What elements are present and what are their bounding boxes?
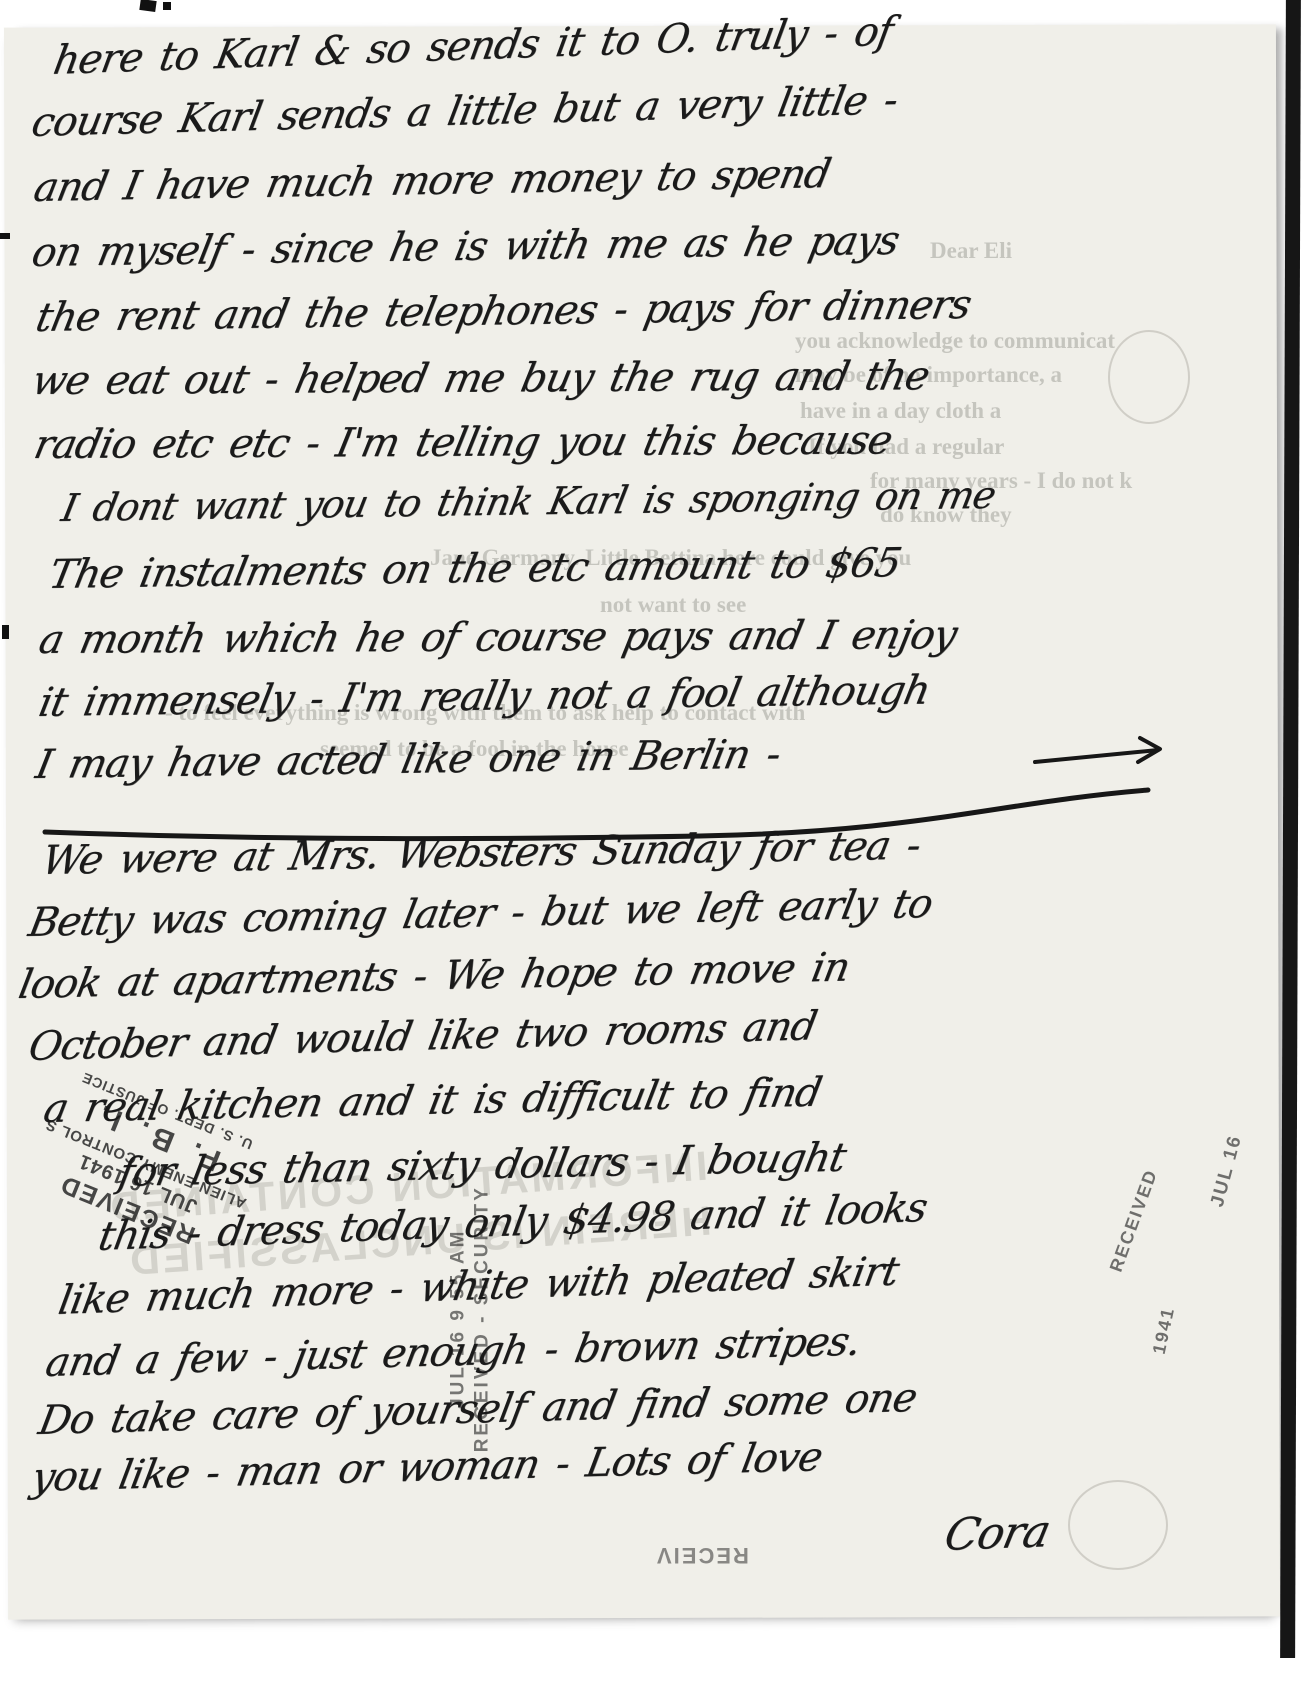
scan-speck [139,0,156,12]
stamp-line: RECEIVED - SECURITY [470,1154,494,1484]
handwritten-line: we eat out - helped me buy the rug and t… [28,353,933,404]
scan-speck [2,625,9,639]
faint-ring-mark [1108,330,1190,424]
handwritten-line: a month which he of course pays and I en… [35,612,960,663]
stamp-line: JUL 16 9 55 AM [446,1154,470,1484]
strike-through-line [0,720,1250,870]
typed-bleedthrough-line: you acknowledge to communicat [795,328,1115,354]
scan-edge-shadow [1280,0,1301,1658]
stamp-fragment-upside-down: RECEIV [655,1542,749,1568]
typed-bleedthrough-line: Dear Eli [930,238,1012,264]
time-received-stamp: JUL 16 9 55 AM RECEIVED - SECURITY [446,1154,494,1484]
scan-speck [163,2,171,10]
scan-speck [0,233,10,239]
scanned-letter-page: Dear Eli you acknowledge to communicat m… [0,0,1313,1688]
signature: Cora [940,1506,1054,1561]
faint-ring-mark [1068,1480,1168,1570]
handwritten-line: radio etc etc - I'm telling you this bec… [30,417,896,468]
